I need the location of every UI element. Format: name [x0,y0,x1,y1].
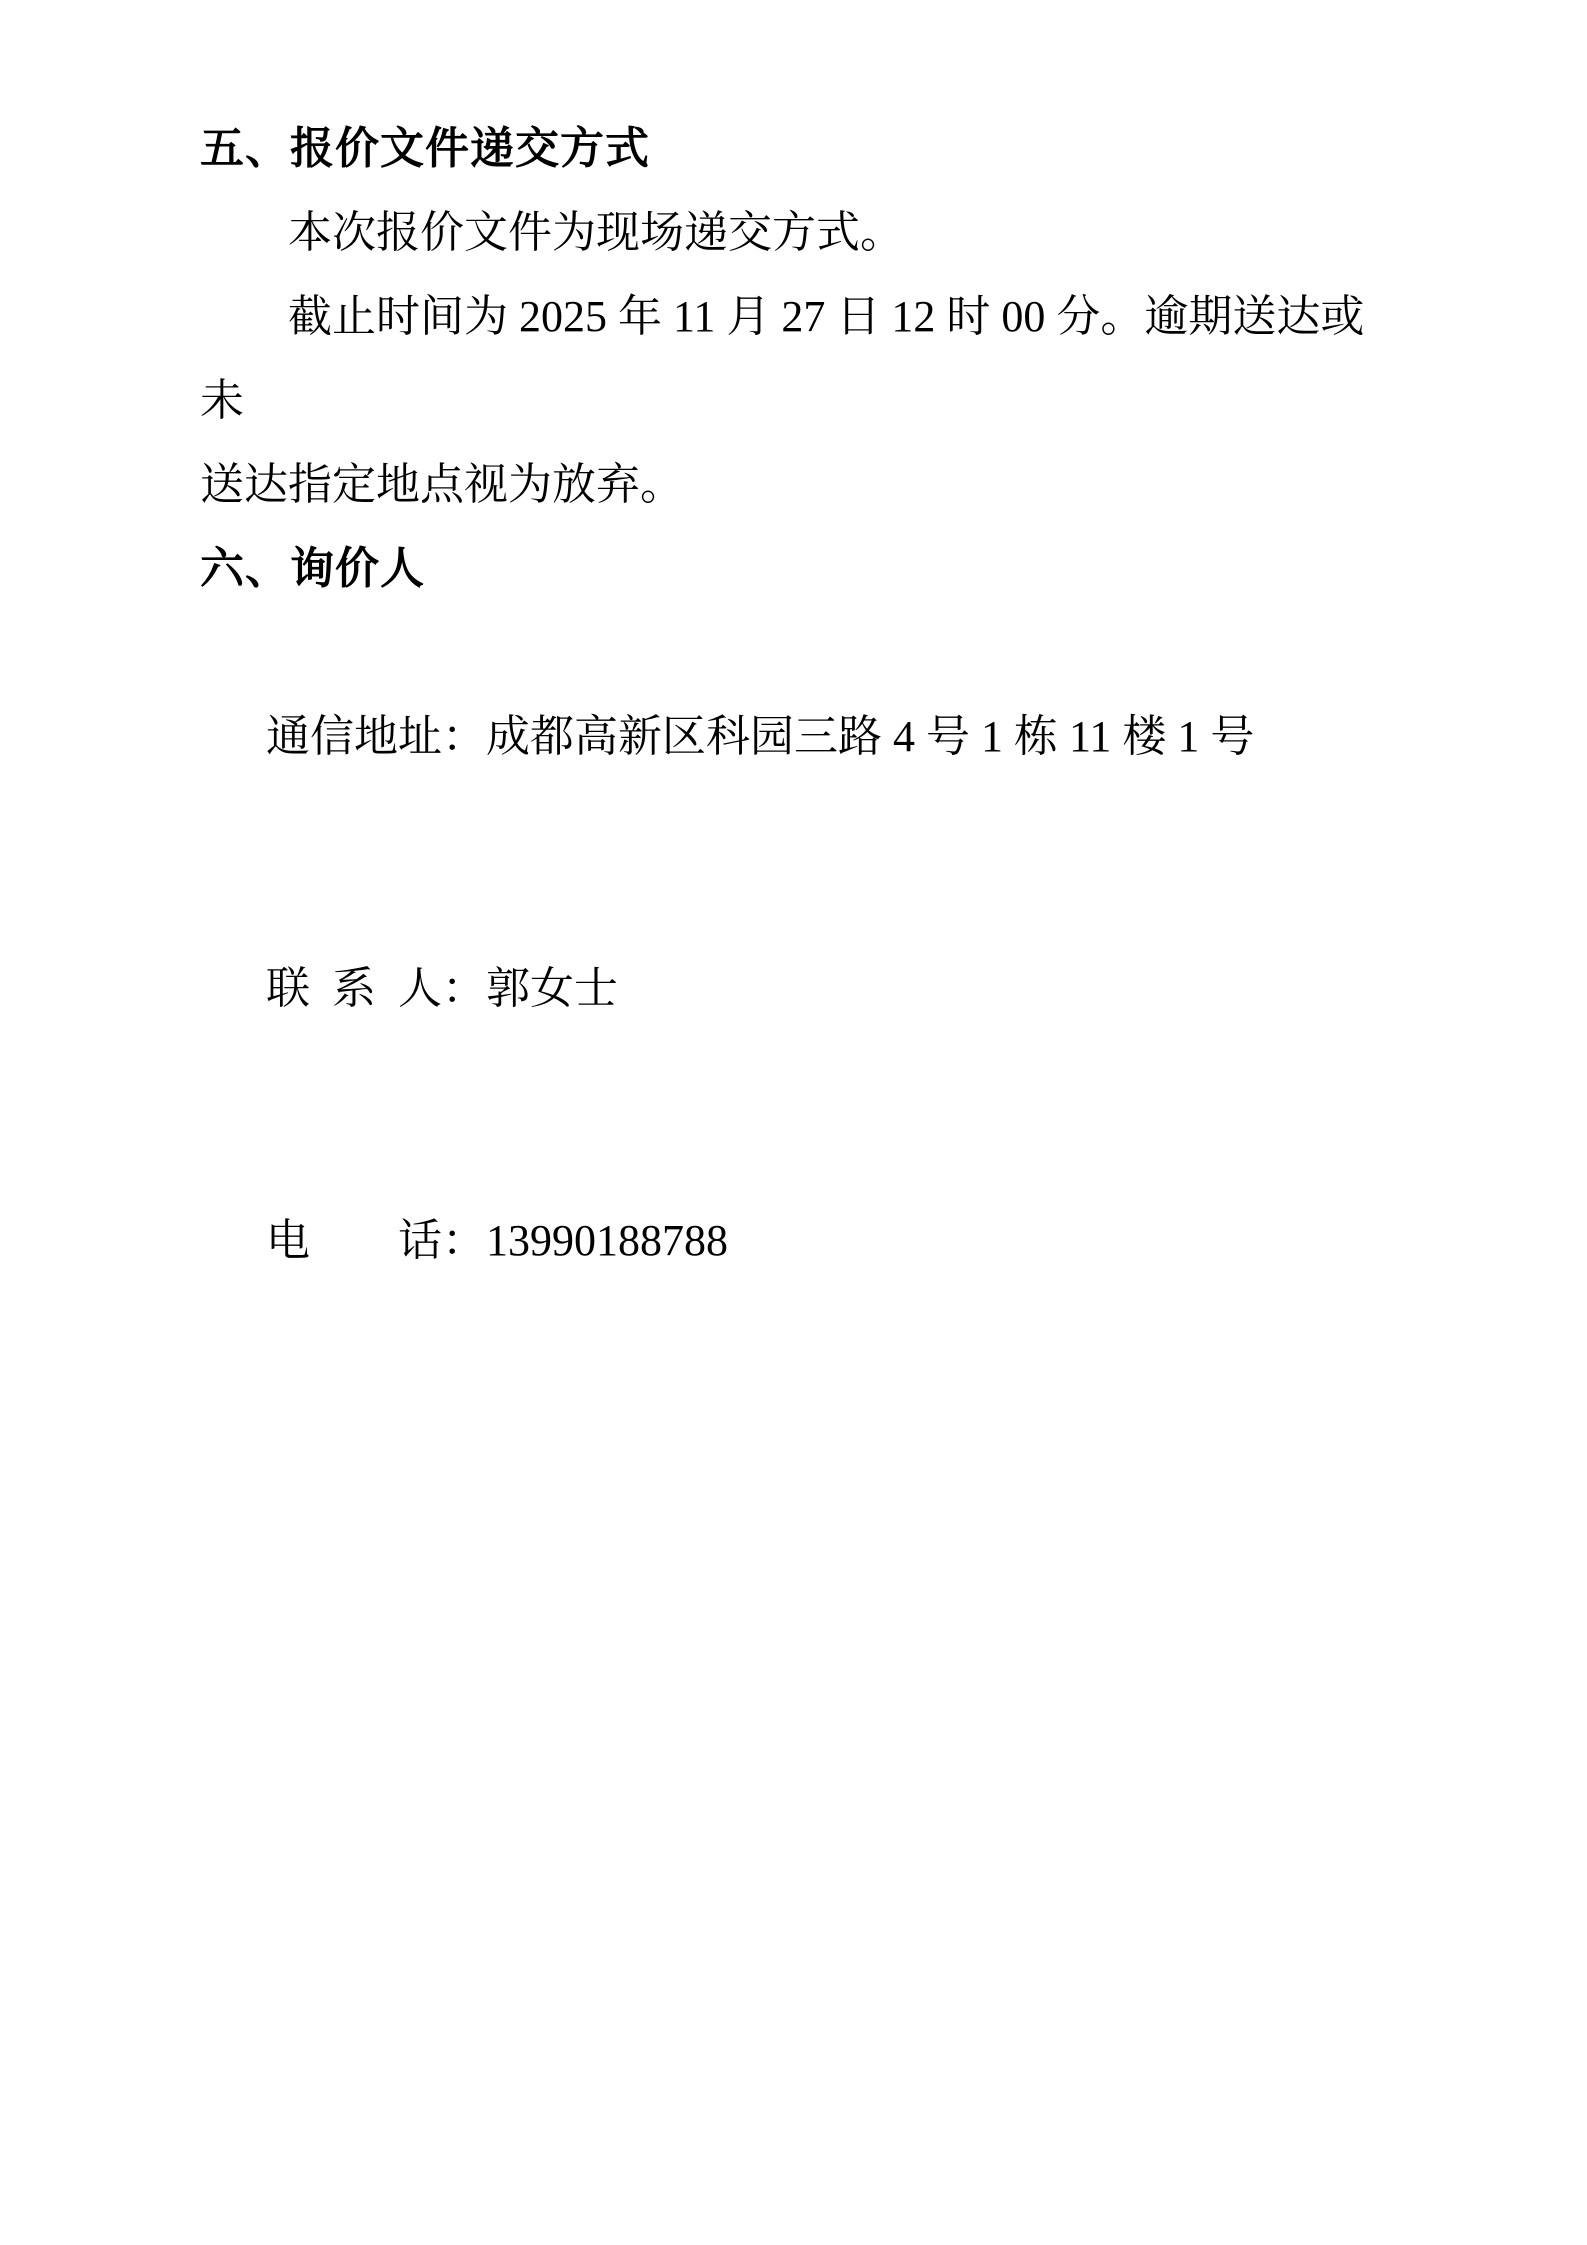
document-page: 五、报价文件递交方式 本次报价文件为现场递交方式。 截止时间为 2025 年 1… [0,0,1587,2245]
paragraph-deadline-line-1: 截止时间为 2025 年 11 月 27 日 12 时 00 分。逾期送达或未 [200,275,1380,443]
contact-label-address: 通信地址： [266,695,486,779]
contact-value-address: 成都高新区科园三路 4 号 1 栋 11 楼 1 号 [486,712,1254,761]
paragraph-deadline-line-2: 送达指定地点视为放弃。 [200,443,1380,527]
section-6-heading: 六、询价人 [200,527,1380,611]
paragraph-delivery-method: 本次报价文件为现场递交方式。 [200,191,1380,275]
contact-row-address: 通信地址：成都高新区科园三路 4 号 1 栋 11 楼 1 号 [200,611,1380,863]
document-body: 五、报价文件递交方式 本次报价文件为现场递交方式。 截止时间为 2025 年 1… [200,107,1380,1367]
contact-label-phone: 电 话： [266,1199,486,1283]
section-5-heading: 五、报价文件递交方式 [200,107,1380,191]
contact-value-phone: 13990188788 [486,1216,728,1265]
contact-value-person: 郭女士 [486,964,618,1013]
contact-label-person: 联 系 人： [266,947,486,1031]
contact-row-person: 联 系 人：郭女士 [200,863,1380,1115]
contact-row-phone: 电 话：13990188788 [200,1115,1380,1367]
